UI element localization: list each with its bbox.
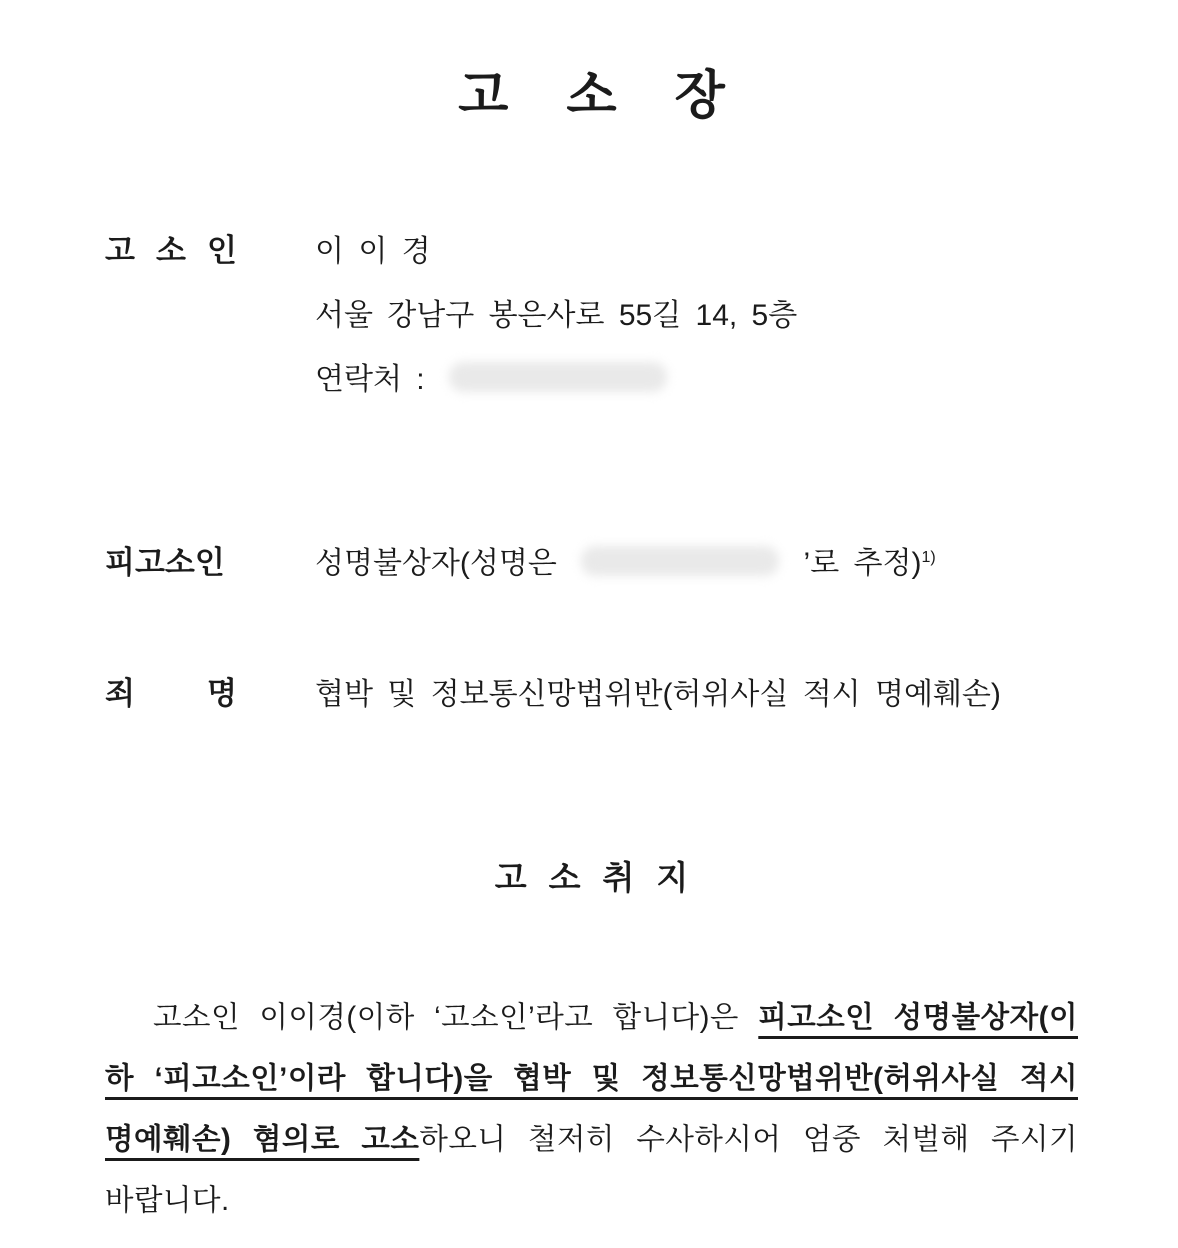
document-title: 고소장 bbox=[105, 60, 1078, 132]
redacted-phone-number bbox=[449, 362, 667, 392]
purpose-body-regular-1: 고소인 이이경(이하 ‘고소인’라고 합니다)은 bbox=[153, 1001, 758, 1034]
complainant-address: 서울 강남구 봉은사로 55길 14, 5층 bbox=[105, 297, 1078, 335]
charge-value: 협박 및 정보통신망법위반(허위사실 적시 명예훼손) bbox=[315, 676, 1001, 714]
complainant-contact-line: 연락처 : bbox=[105, 361, 1078, 399]
purpose-section-heading: 고소취지 bbox=[105, 852, 1078, 899]
accused-label: 피고소인 bbox=[105, 544, 237, 582]
charge-row: 죄 명 협박 및 정보통신망법위반(허위사실 적시 명예훼손) bbox=[105, 675, 1078, 714]
complainant-row: 고 소 인 이 이 경 bbox=[105, 232, 1078, 271]
contact-label: 연락처 : bbox=[315, 363, 425, 396]
complainant-name: 이 이 경 bbox=[315, 233, 431, 271]
party-fields: 고 소 인 이 이 경 서울 강남구 봉은사로 55길 14, 5층 연락처 :… bbox=[105, 232, 1078, 714]
accused-value-suffix: ’로 추정) bbox=[804, 547, 922, 580]
accused-value-prefix: 성명불상자(성명은 bbox=[315, 547, 557, 580]
complainant-label: 고 소 인 bbox=[105, 232, 237, 270]
complaint-document-page: 고소장 고 소 인 이 이 경 서울 강남구 봉은사로 55길 14, 5층 연… bbox=[0, 0, 1178, 1248]
accused-value: 성명불상자(성명은 ’로 추정)1) bbox=[315, 545, 936, 583]
accused-row: 피고소인 성명불상자(성명은 ’로 추정)1) bbox=[105, 544, 1078, 583]
footnote-marker: 1) bbox=[921, 549, 935, 566]
redacted-accused-name bbox=[581, 546, 779, 576]
charge-label: 죄 명 bbox=[105, 675, 237, 713]
purpose-body-paragraph: 고소인 이이경(이하 ‘고소인’라고 합니다)은 피고소인 성명불상자(이하 ‘… bbox=[105, 987, 1078, 1231]
